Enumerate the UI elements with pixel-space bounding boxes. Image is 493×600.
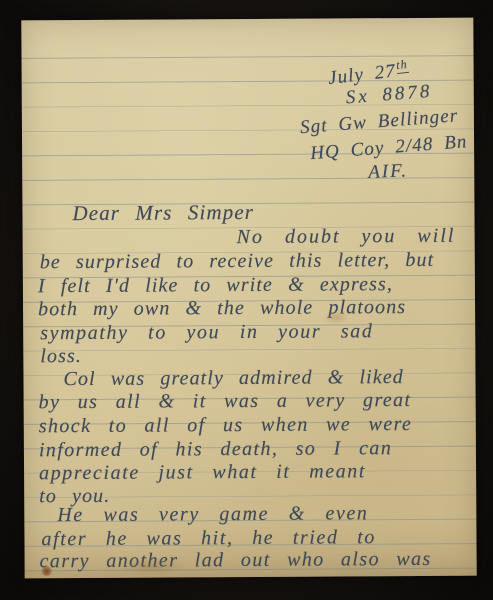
letter-line: No doubt you will	[237, 224, 456, 249]
salutation: Dear Mrs Simper	[72, 200, 254, 225]
letter-line: by us all & it was a very great	[39, 388, 412, 414]
service-number: Sx 8878	[345, 80, 433, 111]
letter-line: both my own & the whole platoons	[38, 295, 406, 321]
letter-paper: July 27th Sx 8878 Sgt Gw Bellinger HQ Co…	[21, 18, 476, 579]
letter-line: carry another lad out who also was	[40, 547, 432, 573]
letter-line: sympathy to you in your sad	[40, 319, 373, 345]
letter-line: appreciate just what it meant	[39, 459, 366, 485]
letter-line: He was very game & even	[57, 501, 368, 527]
sender-force: AIF.	[368, 159, 409, 185]
letter-line: Col was greatly admired & liked	[63, 365, 404, 391]
letter-line: I felt I'd like to write & express,	[38, 272, 393, 298]
date-suffix: th	[395, 57, 408, 74]
letter-line: informed of his death, so I can	[39, 436, 392, 462]
letter-photograph: July 27th Sx 8878 Sgt Gw Bellinger HQ Co…	[0, 0, 493, 600]
paper-spot	[323, 310, 349, 324]
ink-stain	[41, 566, 53, 576]
paper-smudge	[117, 557, 187, 575]
letter-line: shock to all of us when we were	[39, 412, 413, 438]
letter-line: loss.	[40, 344, 82, 368]
letter-line: be surprised to receive this letter, but	[40, 248, 435, 274]
